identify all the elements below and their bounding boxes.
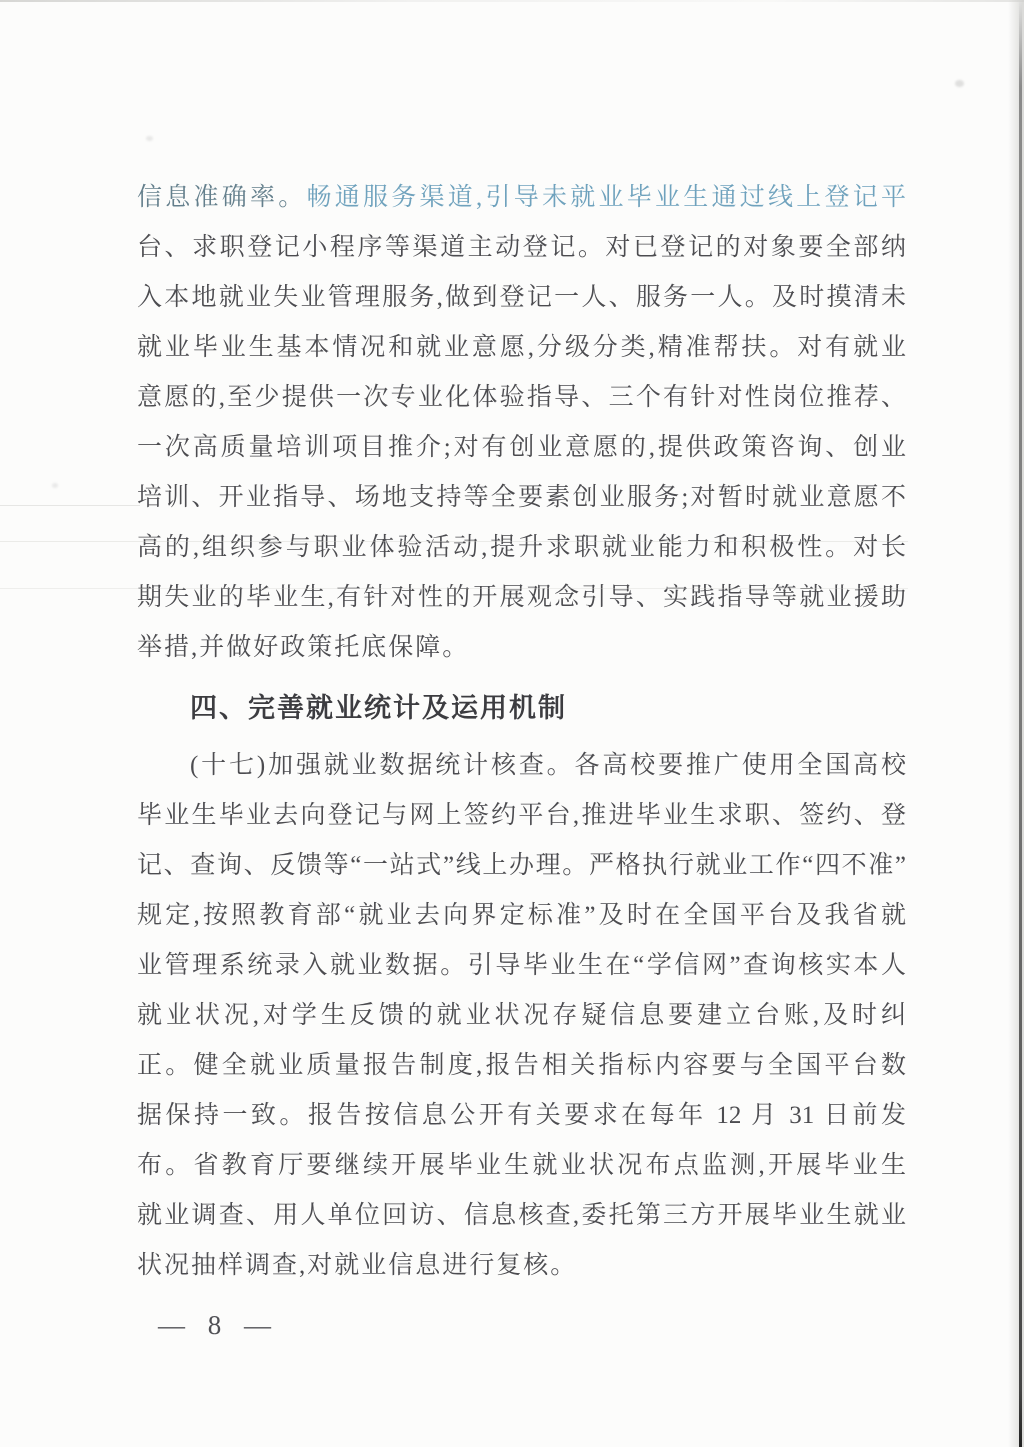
text-line: 高的,组织参与职业体验活动,提升求职就业能力和积极性。对长 xyxy=(137,523,906,573)
text-line: 就业调查、用人单位回访、信息核查,委托第三方开展毕业生就业 xyxy=(137,1191,906,1241)
text-line: 入本地就业失业管理服务,做到登记一人、服务一人。及时摸清未 xyxy=(137,273,906,323)
text-line: 意愿的,至少提供一次专业化体验指导、三个有针对性岗位推荐、 xyxy=(137,373,906,423)
text-line: 布。省教育厅要继续开展毕业生就业状况布点监测,开展毕业生 xyxy=(137,1141,906,1191)
text-line: 举措,并做好政策托底保障。 xyxy=(137,623,906,673)
text-line: (十七)加强就业数据统计核查。各高校要推广使用全国高校 xyxy=(137,741,906,791)
section-heading: 四、完善就业统计及运用机制 xyxy=(137,683,906,733)
scan-artifact-top-edge xyxy=(0,0,1024,2)
text-line: 据保持一致。报告按信息公开有关要求在每年 12 月 31 日前发 xyxy=(137,1091,906,1141)
text-line: 正。健全就业质量报告制度,报告相关指标内容要与全国平台数 xyxy=(137,1041,906,1091)
scan-artifact-faint-line xyxy=(0,588,908,589)
text-line: 信息准确率。畅通服务渠道,引导未就业毕业生通过线上登记平 xyxy=(137,173,906,223)
text-line: 规定,按照教育部“就业去向界定标准”及时在全国平台及我省就 xyxy=(137,891,906,941)
text-line: 记、查询、反馈等“一站式”线上办理。严格执行就业工作“四不准” xyxy=(137,841,906,891)
document-body: 信息准确率。畅通服务渠道,引导未就业毕业生通过线上登记平 台、求职登记小程序等渠… xyxy=(137,173,906,1291)
text-line: 业管理系统录入就业数据。引导毕业生在“学信网”查询核实本人 xyxy=(137,941,906,991)
text-line: 状况抽样调查,对就业信息进行复核。 xyxy=(137,1241,906,1291)
text-line: 台、求职登记小程序等渠道主动登记。对已登记的对象要全部纳 xyxy=(137,223,906,273)
scanned-document-page: 信息准确率。畅通服务渠道,引导未就业毕业生通过线上登记平 台、求职登记小程序等渠… xyxy=(0,0,1024,1447)
text-line: 期失业的毕业生,有针对性的开展观念引导、实践指导等就业援助 xyxy=(137,573,906,623)
text-line: 毕业生毕业去向登记与网上签约平台,推进毕业生求职、签约、登 xyxy=(137,791,906,841)
scan-artifact-smudge xyxy=(955,80,964,87)
highlighted-text-segment: 畅通服务渠道,引导未就业毕业生通过线上登记平 xyxy=(307,184,906,211)
text-line: 一次高质量培训项目推介;对有创业意愿的,提供政策咨询、创业 xyxy=(137,423,906,473)
page-number: — 8 — xyxy=(158,1300,274,1350)
text-line: 培训、开业指导、场地支持等全要素创业服务;对暂时就业意愿不 xyxy=(137,473,906,523)
text-segment: 信息准确率。 xyxy=(137,184,307,211)
scan-artifact-smudge xyxy=(52,483,58,488)
scan-artifact-faint-line xyxy=(0,541,908,542)
scan-artifact-faint-line xyxy=(0,505,140,506)
scan-artifact-smudge xyxy=(146,136,153,141)
text-line: 就业状况,对学生反馈的就业状况存疑信息要建立台账,及时纠 xyxy=(137,991,906,1041)
text-line: 就业毕业生基本情况和就业意愿,分级分类,精准帮扶。对有就业 xyxy=(137,323,906,373)
